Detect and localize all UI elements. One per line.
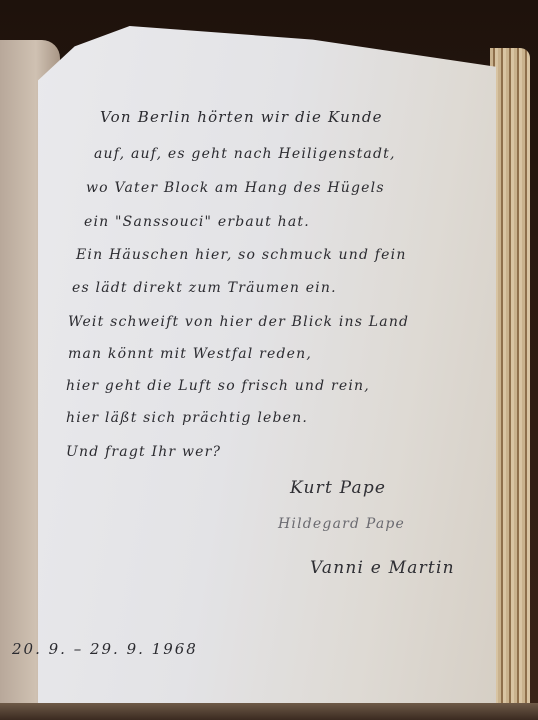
- page-stack-edge: [490, 48, 530, 713]
- poem-line: Und fragt Ihr wer?: [66, 444, 221, 460]
- poem-line: man könnt mit Westfal reden,: [68, 346, 312, 362]
- poem-line: auf, auf, es geht nach Heiligenstadt,: [94, 146, 396, 162]
- signature: Vanni e Martin: [310, 558, 455, 578]
- book-bottom-edge: [0, 703, 538, 720]
- poem-line: Von Berlin hörten wir die Kunde: [100, 108, 383, 126]
- signature: Kurt Pape: [290, 478, 386, 498]
- entry-date: 20. 9. – 29. 9. 1968: [12, 640, 198, 658]
- signature: Hildegard Pape: [278, 516, 405, 532]
- poem-line: wo Vater Block am Hang des Hügels: [86, 180, 385, 196]
- guestbook-page: [38, 26, 496, 706]
- poem-line: hier läßt sich prächtig leben.: [66, 410, 308, 426]
- poem-line: ein "Sanssouci" erbaut hat.: [84, 214, 310, 230]
- poem-line: Ein Häuschen hier, so schmuck und fein: [76, 247, 407, 263]
- poem-line: Weit schweift von hier der Blick ins Lan…: [68, 314, 409, 330]
- poem-line: es lädt direkt zum Träumen ein.: [72, 280, 337, 296]
- poem-line: hier geht die Luft so frisch und rein,: [66, 378, 370, 394]
